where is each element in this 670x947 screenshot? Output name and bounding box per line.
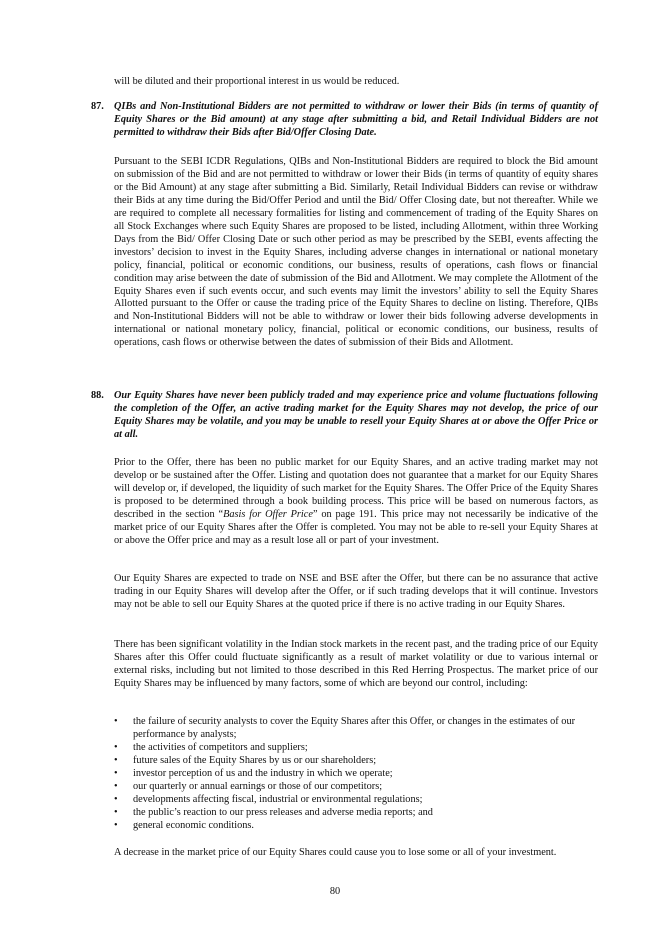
list-item-text: future sales of the Equity Shares by us …	[133, 755, 376, 766]
factors-list: •the failure of security analysts to cov…	[114, 716, 598, 833]
list-item: •investor perception of us and the indus…	[114, 768, 598, 781]
list-item-text: developments affecting fiscal, industria…	[133, 794, 422, 805]
item-87-paragraph: Pursuant to the SEBI ICDR Regulations, Q…	[114, 156, 598, 350]
bullet-icon: •	[114, 807, 118, 820]
bullet-icon: •	[114, 742, 118, 755]
item-number: 88.	[91, 390, 104, 403]
bullet-icon: •	[114, 781, 118, 794]
bullet-icon: •	[114, 794, 118, 807]
list-item-text: the failure of security analysts to cove…	[133, 716, 575, 740]
item-88-paragraph-3: There has been significant volatility in…	[114, 639, 598, 691]
risk-factor-87: 87. QIBs and Non-Institutional Bidders a…	[91, 101, 598, 140]
item-88-paragraph-2: Our Equity Shares are expected to trade …	[114, 573, 598, 612]
closing-sentence: A decrease in the market price of our Eq…	[114, 847, 598, 860]
continuation-text: will be diluted and their proportional i…	[114, 76, 614, 89]
list-item-text: investor perception of us and the indust…	[133, 768, 393, 779]
list-item: •general economic conditions.	[114, 820, 598, 833]
list-item: •our quarterly or annual earnings or tho…	[114, 781, 598, 794]
bullet-icon: •	[114, 716, 118, 729]
bullet-icon: •	[114, 768, 118, 781]
bullet-icon: •	[114, 820, 118, 833]
list-item-text: our quarterly or annual earnings or thos…	[133, 781, 382, 792]
list-item: •future sales of the Equity Shares by us…	[114, 755, 598, 768]
list-item-text: the activities of competitors and suppli…	[133, 742, 308, 753]
cross-reference: Basis for Offer Price	[223, 509, 313, 520]
bullet-icon: •	[114, 755, 118, 768]
item-heading: QIBs and Non-Institutional Bidders are n…	[114, 101, 598, 140]
item-number: 87.	[91, 101, 104, 114]
item-heading: Our Equity Shares have never been public…	[114, 390, 598, 442]
risk-factor-88: 88. Our Equity Shares have never been pu…	[91, 390, 598, 442]
list-item-text: general economic conditions.	[133, 820, 254, 831]
page-number: 80	[0, 886, 670, 899]
list-item: •the failure of security analysts to cov…	[114, 716, 598, 742]
item-88-paragraph-1: Prior to the Offer, there has been no pu…	[114, 457, 598, 548]
list-item-text: the public’s reaction to our press relea…	[133, 807, 433, 818]
document-page: will be diluted and their proportional i…	[0, 0, 670, 947]
list-item: •the activities of competitors and suppl…	[114, 742, 598, 755]
list-item: •developments affecting fiscal, industri…	[114, 794, 598, 807]
list-item: •the public’s reaction to our press rele…	[114, 807, 598, 820]
